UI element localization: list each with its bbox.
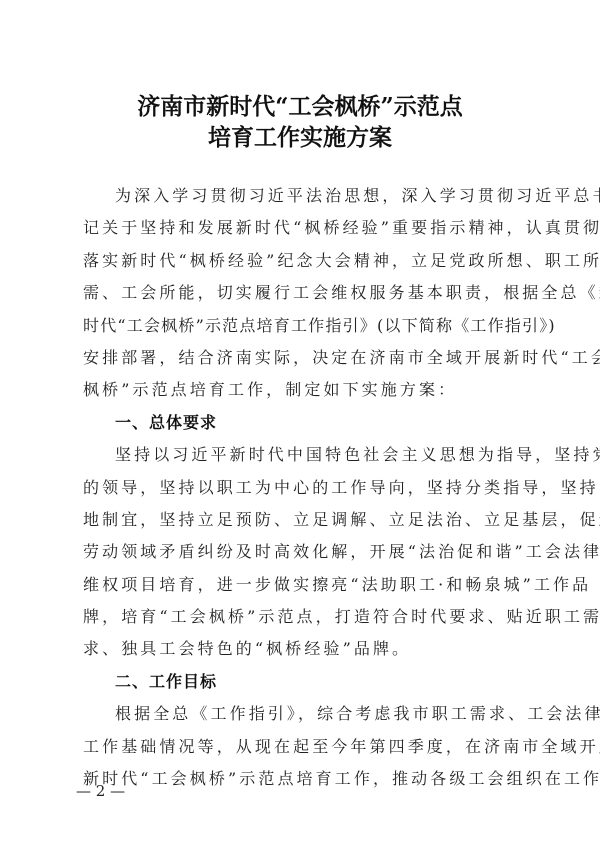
text-line: 维权项目培育，进一步做实擦亮“法助职工·和畅泉城”工作品 [83, 569, 520, 601]
text-line: 安排部署，结合济南实际，决定在济南市全域开展新时代“工会 [83, 342, 520, 374]
intro-paragraph: 为深入学习贯彻习近平法治思想，深入学习贯彻习近平总书 记关于坚持和发展新时代“枫… [83, 180, 520, 407]
section-heading-2: 二、工作目标 [83, 666, 520, 698]
text-line: 工作基础情况等，从现在起至今年第四季度，在济南市全域开展 [83, 731, 520, 763]
section1-paragraph: 坚持以习近平新时代中国特色社会主义思想为指导，坚持党 的领导，坚持以职工为中心的… [83, 439, 520, 666]
document-title-line-1: 济南市新时代“工会枫桥”示范点 [0, 88, 600, 121]
text-line: 为深入学习贯彻习近平法治思想，深入学习贯彻习近平总书 [83, 180, 520, 212]
section-heading-1: 一、总体要求 [83, 407, 520, 439]
text-line: 的领导，坚持以职工为中心的工作导向，坚持分类指导，坚持因 [83, 472, 520, 504]
text-line: 牌，培育“工会枫桥”示范点，打造符合时代要求、贴近职工需 [83, 601, 520, 633]
text-line: 时代“工会枫桥”示范点培育工作指引》(以下简称《工作指引》) [83, 310, 520, 342]
text-line: 新时代“工会枫桥”示范点培育工作，推动各级工会组织在工作 [83, 763, 520, 795]
text-line: 地制宜，坚持立足预防、立足调解、立足法治、立足基层，促进 [83, 504, 520, 536]
text-line: 劳动领域矛盾纠纷及时高效化解，开展“法治促和谐”工会法律 [83, 536, 520, 568]
document-title-line-2: 培育工作实施方案 [0, 119, 600, 152]
text-line: 求、独具工会特色的“枫桥经验”品牌。 [83, 633, 520, 665]
text-line: 坚持以习近平新时代中国特色社会主义思想为指导，坚持党 [83, 439, 520, 471]
text-line: 记关于坚持和发展新时代“枫桥经验”重要指示精神，认真贯彻 [83, 212, 520, 244]
text-line: 落实新时代“枫桥经验”纪念大会精神，立足党政所想、职工所 [83, 245, 520, 277]
text-line: 枫桥”示范点培育工作，制定如下实施方案： [83, 374, 520, 406]
section2-paragraph: 根据全总《工作指引》，综合考虑我市职工需求、工会法律 工作基础情况等，从现在起至… [83, 698, 520, 795]
document-body: 为深入学习贯彻习近平法治思想，深入学习贯彻习近平总书 记关于坚持和发展新时代“枫… [83, 180, 520, 795]
text-line: 根据全总《工作指引》，综合考虑我市职工需求、工会法律 [83, 698, 520, 730]
page-number: — 2 — [76, 782, 125, 800]
text-line: 需、工会所能，切实履行工会维权服务基本职责，根据全总《新 [83, 277, 520, 309]
